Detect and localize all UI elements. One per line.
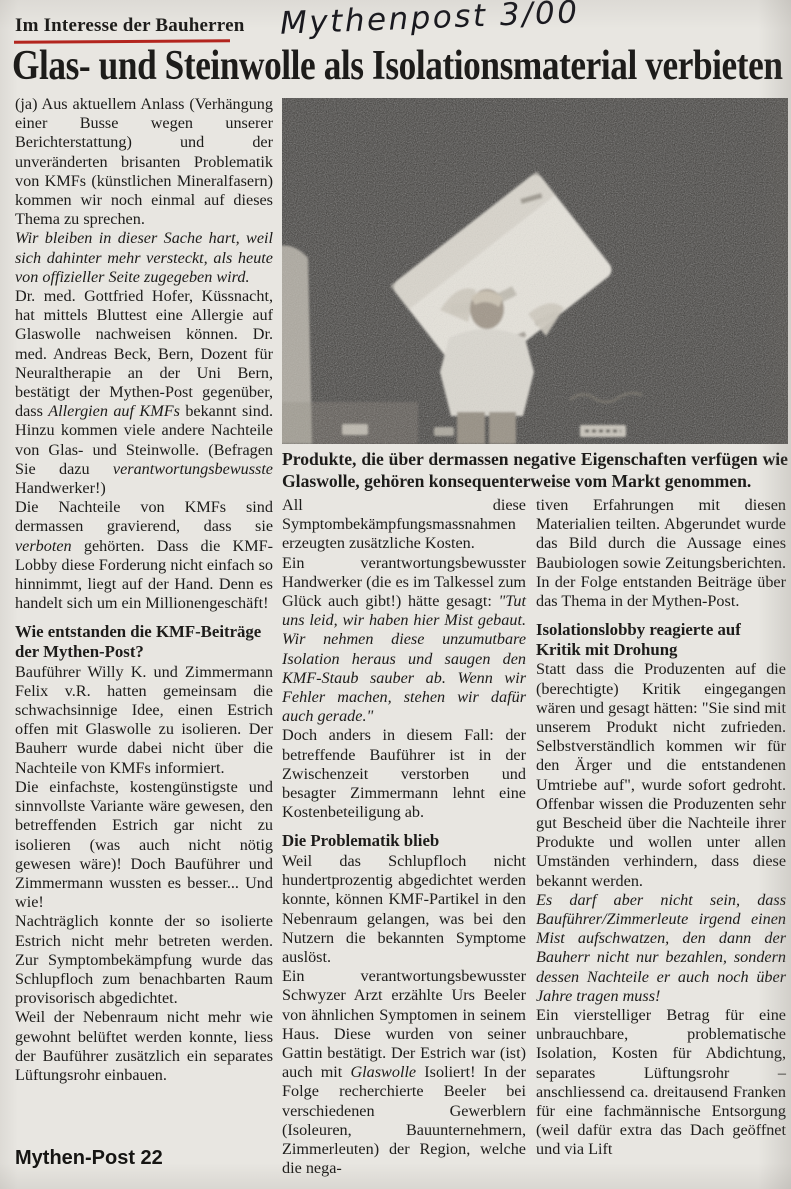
column-middle: All diese Symptombekämpfungsmassnahmen e…	[282, 496, 526, 1179]
paragraph: (ja) Aus aktuellem Anlass (Verhängung ei…	[15, 95, 273, 229]
handwritten-note: Mythenpost 3/00	[279, 0, 580, 42]
paragraph: Ein verantwortungsbewusster Schwyzer Arz…	[282, 967, 526, 1178]
photo-canvas	[282, 98, 788, 444]
paragraph: Weil der Nebenraum nicht mehr wie gewohn…	[15, 1008, 273, 1085]
kicker: Im Interesse der Bauherren	[15, 15, 245, 37]
paragraph: Statt dass die Produzenten auf die (bere…	[536, 660, 786, 890]
column-left: (ja) Aus aktuellem Anlass (Verhängung ei…	[15, 95, 273, 1147]
paragraph: All diese Symptombekämpfungsmassnahmen e…	[282, 496, 526, 554]
paragraph: Doch anders in diesem Fall: der betreffe…	[282, 726, 526, 822]
column-right: tiven Erfahrungen mit diesen Materialien…	[536, 496, 786, 1160]
paragraph: Weil das Schlupfloch nicht hundertprozen…	[282, 852, 526, 967]
paragraph: Dr. med. Gottfried Hofer, Küssnacht, hat…	[15, 287, 273, 498]
photo-caption: Produkte, die über dermassen negative Ei…	[282, 448, 788, 492]
grain-overlay-top	[282, 98, 788, 444]
paragraph: Die Nachteile von KMFs sind dermassen gr…	[15, 498, 273, 613]
headline: Glas- und Steinwolle als Isolationsmater…	[12, 42, 783, 90]
paragraph: Bauführer Willy K. und Zimmermann Felix …	[15, 663, 273, 778]
subheading: Wie entstanden die KMF-Beiträge der Myth…	[15, 622, 273, 661]
article-photo	[282, 98, 788, 444]
paragraph: tiven Erfahrungen mit diesen Materialien…	[536, 496, 786, 611]
paragraph: Die einfachste, kostengünstigste und sin…	[15, 778, 273, 912]
subheading: Isolationslobby reagierte auf Kritik mit…	[536, 620, 786, 659]
paragraph: Nachträglich konnte der so isolierte Est…	[15, 912, 273, 1008]
newspaper-page: Im Interesse der Bauherren Mythenpost 3/…	[0, 0, 791, 1189]
paragraph: Ein vierstelliger Betrag für eine unbrau…	[536, 1006, 786, 1160]
page-footer: Mythen-Post 22	[15, 1147, 163, 1170]
subheading: Die Problematik blieb	[282, 831, 526, 851]
paragraph: Ein verantwortungsbewusster Handwerker (…	[282, 554, 526, 727]
paragraph: Es darf aber nicht sein, dass Bauführer/…	[536, 891, 786, 1006]
paragraph: Wir bleiben in dieser Sache hart, weil s…	[15, 229, 273, 287]
